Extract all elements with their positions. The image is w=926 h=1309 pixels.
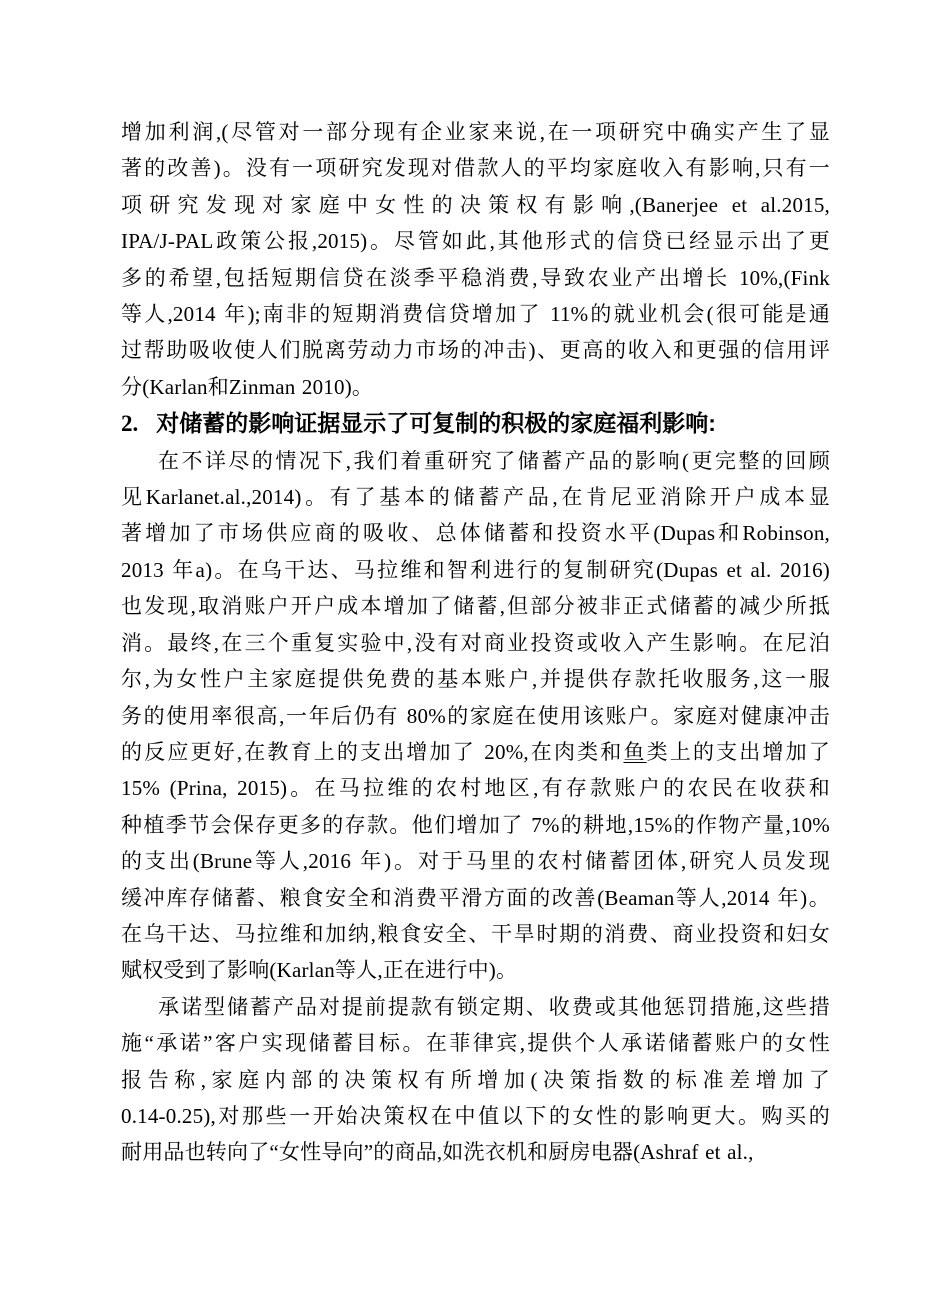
text-line: 种植季节会保存更多的存款。他们增加了 7%的耕地,15%的作物产量,10% xyxy=(121,807,830,843)
text-line: 见Karlanet.al.,2014)。有了基本的储蓄产品,在肯尼亚消除开户成本… xyxy=(121,479,830,515)
text-line: 在乌干达、马拉维和加纳,粮食安全、干旱时期的消费、商业投资和妇女 xyxy=(121,916,830,952)
section-number: 2. xyxy=(121,411,138,436)
text-line-with-underline: 的反应更好,在教育上的支出增加了 20%,在肉类和鱼类上的支出增加了 xyxy=(121,734,830,770)
text-line: 施“承诺”客户实现储蓄目标。在菲律宾,提供个人承诺储蓄账户的女性 xyxy=(121,1025,830,1061)
text-line: 15% (Prina, 2015)。在马拉维的农村地区,有存款账户的农民在收获和 xyxy=(121,770,830,806)
text-line: 务的使用率很高,一年后仍有 80%的家庭在使用该账户。家庭对健康冲击 xyxy=(121,698,830,734)
text-line: 2013 年a)。在乌干达、马拉维和智利进行的复制研究(Dupas et al.… xyxy=(121,552,830,588)
text-line: IPA/J-PAL政策公报,2015)。尽管如此,其他形式的信贷已经显示出了更 xyxy=(121,223,830,259)
text-line: 也发现,取消账户开户成本增加了储蓄,但部分被非正式储蓄的减少所抵 xyxy=(121,588,830,624)
section-title: 对储蓄的影响证据显示了可复制的积极的家庭福利影响: xyxy=(156,410,716,436)
paragraph-savings-evidence: 在不详尽的情况下,我们着重研究了储蓄产品的影响(更完整的回顾 见Karlanet… xyxy=(121,443,830,989)
text-line: 的支出(Brune等人,2016 年)。对于马里的农村储蓄团体,研究人员发现 xyxy=(121,843,830,879)
text-line: 著增加了市场供应商的吸收、总体储蓄和投资水平(Dupas和Robinson, xyxy=(121,515,830,551)
paragraph-commitment-savings: 承诺型储蓄产品对提前提款有锁定期、收费或其他惩罚措施,这些措 施“承诺”客户实现… xyxy=(121,989,830,1171)
paragraph-credit-impacts: 增加利润,(尽管对一部分现有企业家来说,在一项研究中确实产生了显 著的改善)。没… xyxy=(121,114,830,405)
text-line: 多的希望,包括短期信贷在淡季平稳消费,导致农业产出增长 10%,(Fink xyxy=(121,260,830,296)
text-line: 消。最终,在三个重复实验中,没有对商业投资或收入产生影响。在尼泊 xyxy=(121,625,830,661)
text-line: 缓冲库存储蓄、粮食安全和消费平滑方面的改善(Beaman等人,2014 年)。 xyxy=(121,880,830,916)
text-line: 承诺型储蓄产品对提前提款有锁定期、收费或其他惩罚措施,这些措 xyxy=(121,989,830,1025)
text-line: 等人,2014 年);南非的短期消费信贷增加了 11%的就业机会(很可能是通 xyxy=(121,296,830,332)
text-segment: 类上的支出增加了 xyxy=(647,740,830,764)
underlined-character: 鱼 xyxy=(623,740,646,764)
text-line: 增加利润,(尽管对一部分现有企业家来说,在一项研究中确实产生了显 xyxy=(121,114,830,150)
text-segment: 的反应更好,在教育上的支出增加了 20%,在肉类和 xyxy=(121,740,623,764)
text-line: 赋权受到了影响(Karlan等人,正在进行中)。 xyxy=(121,952,830,988)
text-line: 0.14-0.25),对那些一开始决策权在中值以下的女性的影响更大。购买的 xyxy=(121,1098,830,1134)
text-line: 著的改善)。没有一项研究发现对借款人的平均家庭收入有影响,只有一 xyxy=(121,150,830,186)
text-line: 过帮助吸收使人们脱离劳动力市场的冲击)、更高的收入和更强的信用评 xyxy=(121,332,830,368)
document-page-text-block: 增加利润,(尽管对一部分现有企业家来说,在一项研究中确实产生了显 著的改善)。没… xyxy=(121,114,830,1171)
text-line: 报告称,家庭内部的决策权有所增加(决策指数的标准差增加了 xyxy=(121,1062,830,1098)
text-line: 项研究发现对家庭中女性的决策权有影响,(Banerjee et al.2015, xyxy=(121,187,830,223)
text-line: 耐用品也转向了“女性导向”的商品,如洗衣机和厨房电器(Ashraf et al.… xyxy=(121,1134,830,1170)
text-line: 分(Karlan和Zinman 2010)。 xyxy=(121,369,830,405)
text-line: 尔,为女性户主家庭提供免费的基本账户,并提供存款托收服务,这一服 xyxy=(121,661,830,697)
text-line: 在不详尽的情况下,我们着重研究了储蓄产品的影响(更完整的回顾 xyxy=(121,443,830,479)
section-heading-savings: 2.对储蓄的影响证据显示了可复制的积极的家庭福利影响: xyxy=(121,405,830,442)
